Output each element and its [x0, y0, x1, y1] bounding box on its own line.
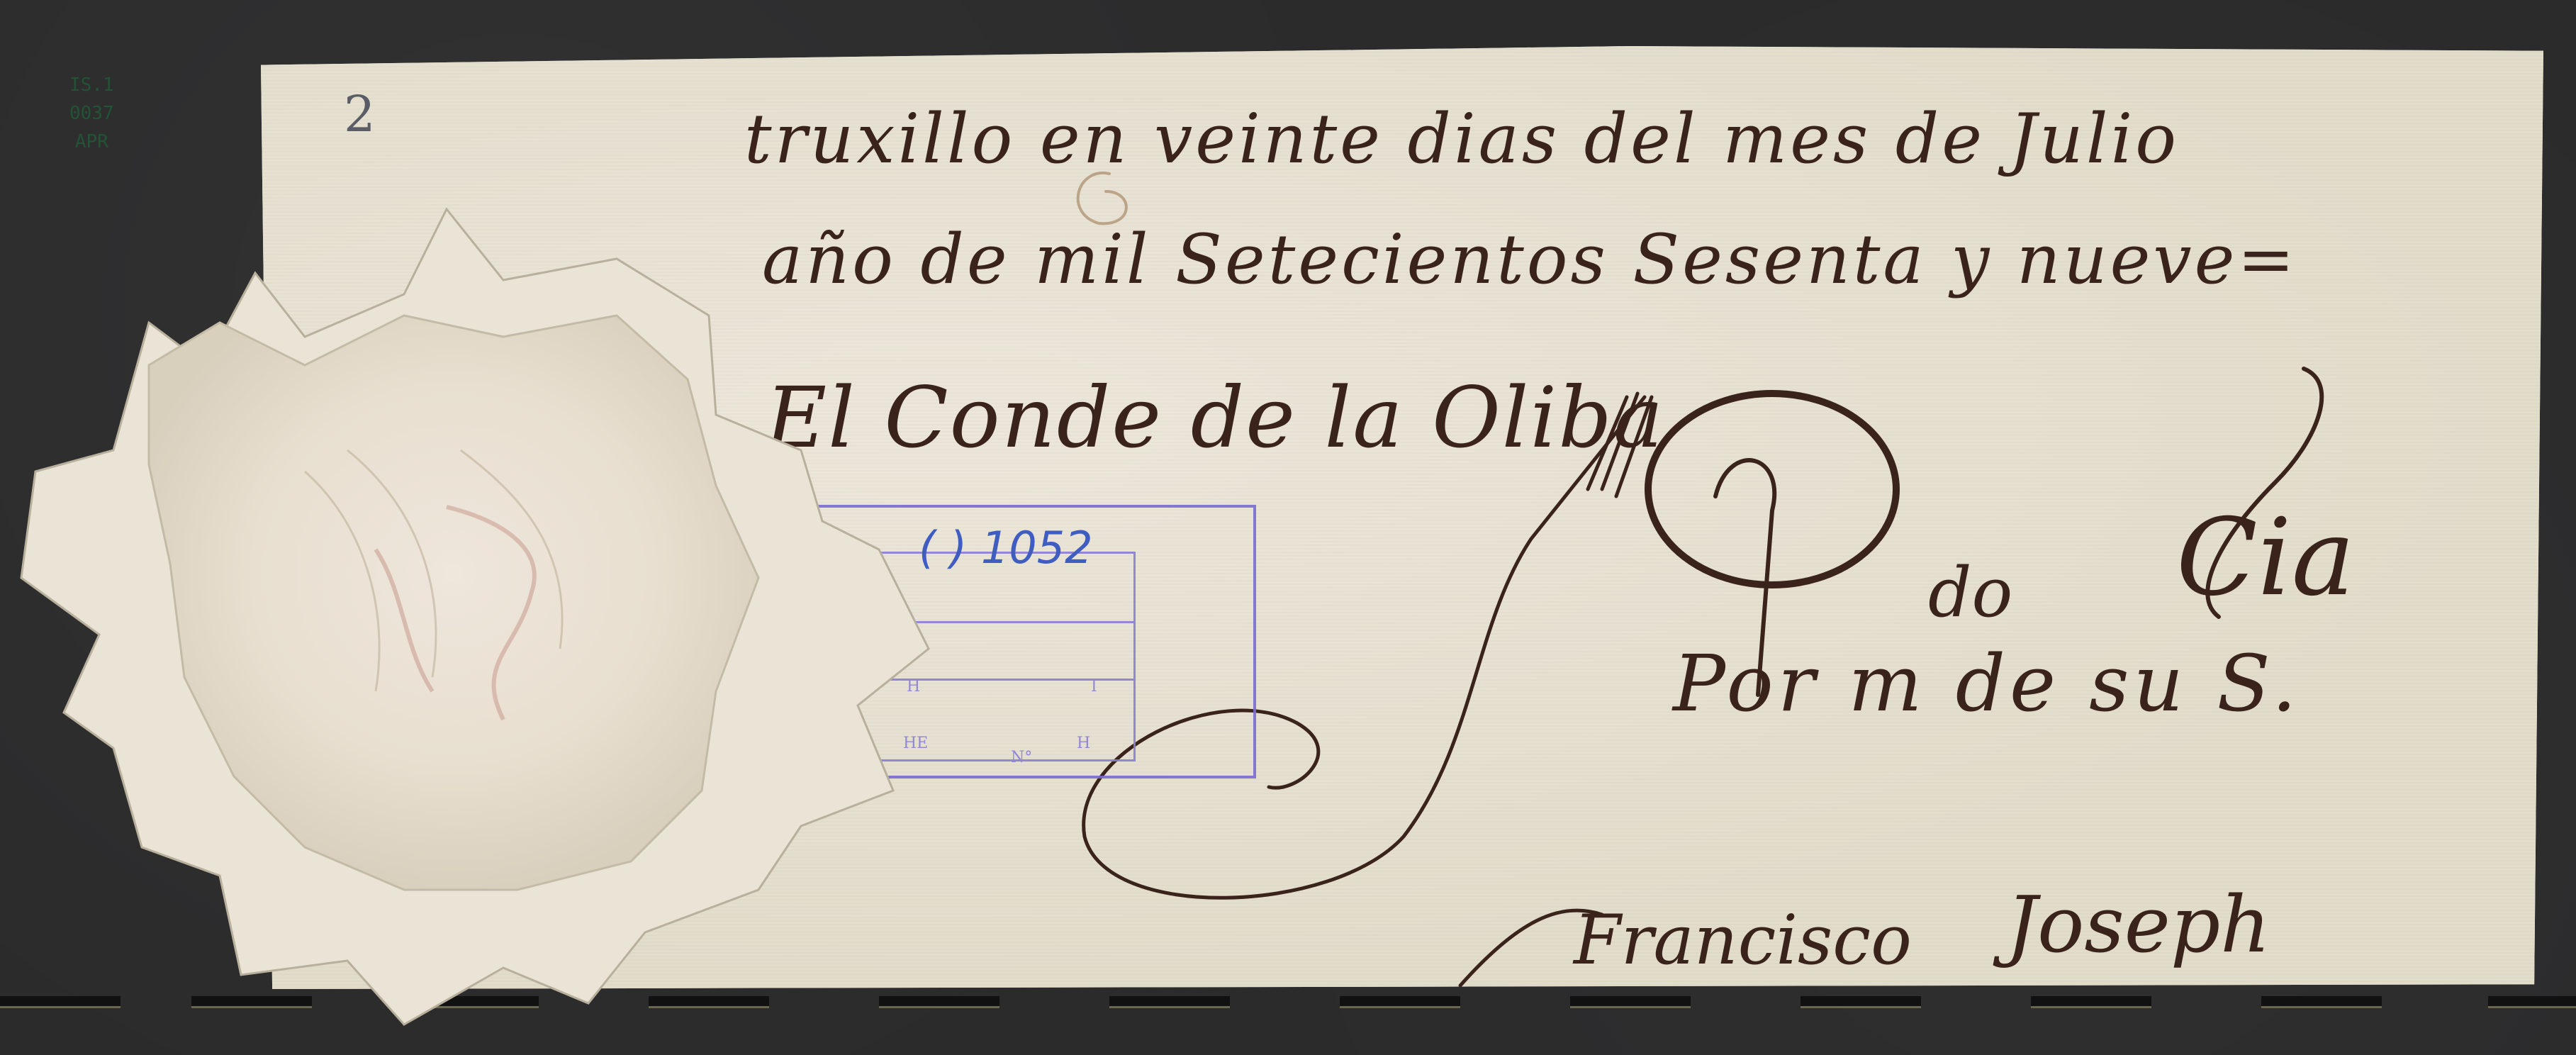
- stamp-no-label: N°: [1011, 749, 1032, 766]
- stamp-sub-label: H: [1077, 735, 1090, 752]
- paper-seal-icon: [7, 152, 950, 1039]
- stamp-sub-label: I: [1091, 678, 1097, 696]
- stamp-number-value: 1052: [981, 522, 1093, 574]
